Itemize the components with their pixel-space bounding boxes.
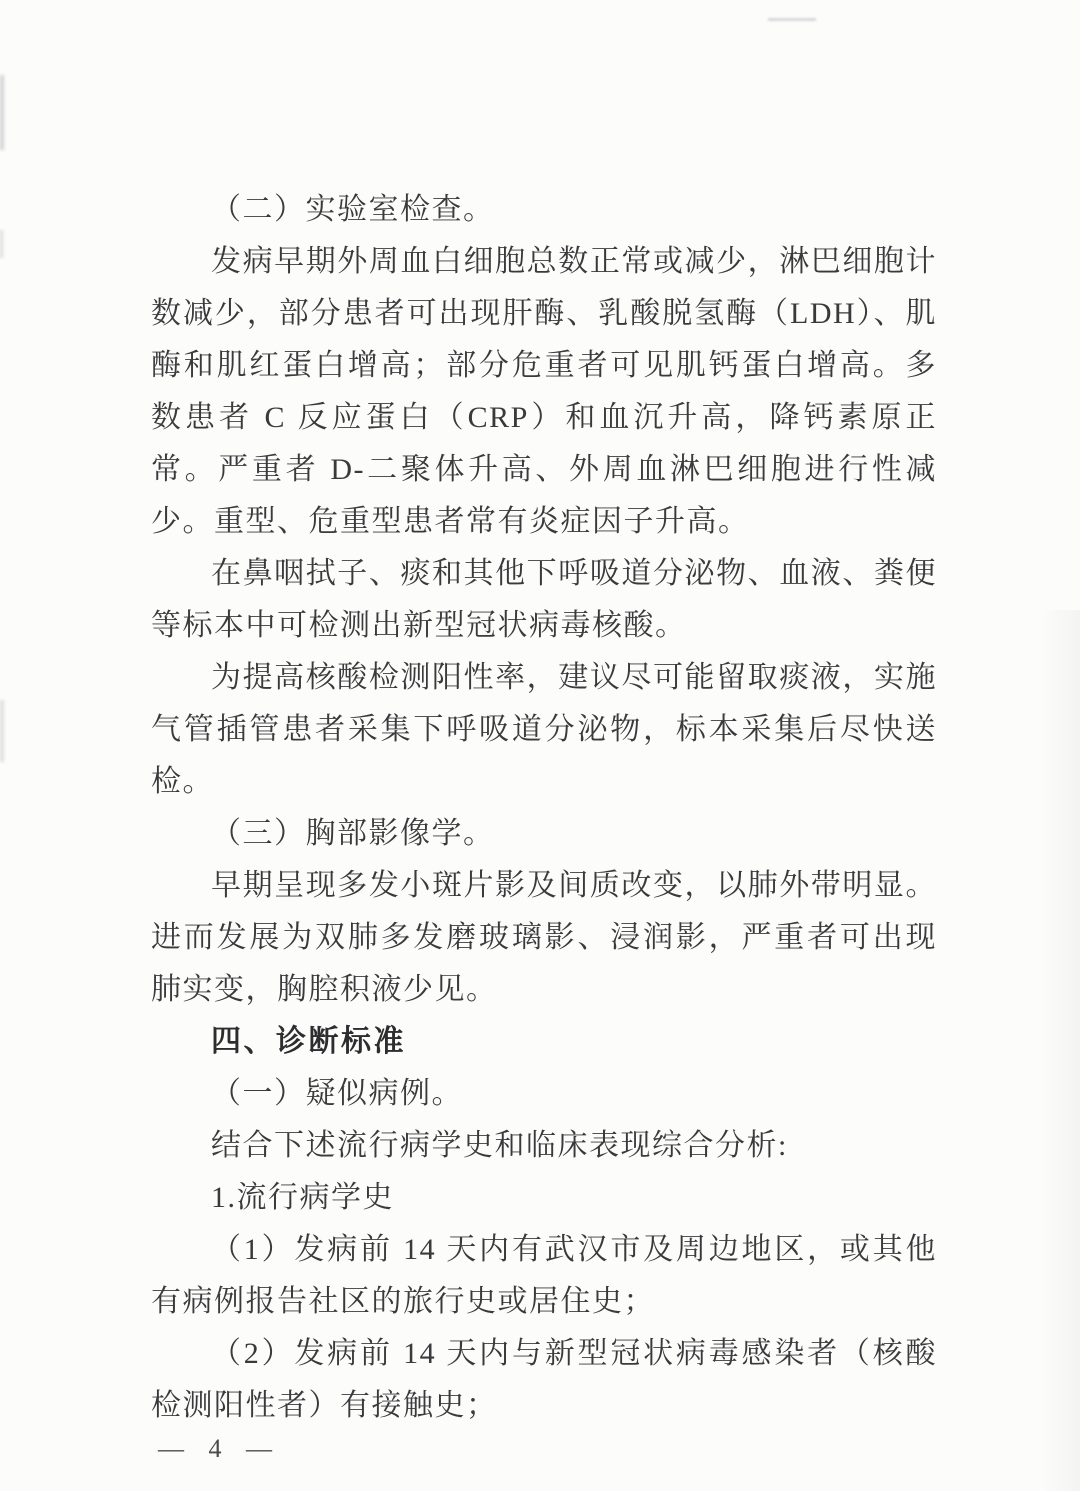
scan-streak-artifact (0, 230, 3, 258)
page-number: — 4 — (158, 1434, 281, 1464)
document-body: （二）实验室检查。 发病早期外周血白细胞总数正常或减少，淋巴细胞计数减少，部分患… (151, 184, 937, 1432)
paragraph-epidemiology-history-label: 1.流行病学史 (151, 1172, 937, 1224)
paragraph-epi-condition-2: （2）发病前 14 天内与新型冠状病毒感染者（核酸检测阳性者）有接触史； (151, 1328, 937, 1432)
paragraph-specimen-detection: 在鼻咽拭子、痰和其他下呼吸道分泌物、血液、粪便等标本中可检测出新型冠状病毒核酸。 (151, 548, 937, 652)
paragraph-heading-lab-tests: （二）实验室检查。 (151, 184, 937, 236)
paragraph-heading-chest-imaging: （三）胸部影像学。 (151, 808, 937, 860)
paragraph-epi-condition-1: （1）发病前 14 天内有武汉市及周边地区，或其他有病例报告社区的旅行史或居住史… (151, 1224, 937, 1328)
paragraph-sputum-recommendation: 为提高核酸检测阳性率，建议尽可能留取痰液，实施气管插管患者采集下呼吸道分泌物，标… (151, 652, 937, 808)
paragraph-analysis-intro: 结合下述流行病学史和临床表现综合分析: (151, 1120, 937, 1172)
scan-streak-artifact (0, 75, 4, 150)
document-page: （二）实验室检查。 发病早期外周血白细胞总数正常或减少，淋巴细胞计数减少，部分患… (0, 0, 1080, 1491)
paragraph-lab-findings: 发病早期外周血白细胞总数正常或减少，淋巴细胞计数减少，部分患者可出现肝酶、乳酸脱… (151, 236, 937, 548)
paragraph-heading-suspected-case: （一）疑似病例。 (151, 1068, 937, 1120)
scan-shade-artifact (1040, 610, 1080, 1491)
scan-smudge-artifact (768, 18, 816, 21)
section-heading-diagnostic-criteria: 四、诊断标准 (151, 1016, 937, 1068)
scan-streak-artifact (0, 700, 4, 762)
paragraph-imaging-findings: 早期呈现多发小斑片影及间质改变，以肺外带明显。进而发展为双肺多发磨玻璃影、浸润影… (151, 860, 937, 1016)
